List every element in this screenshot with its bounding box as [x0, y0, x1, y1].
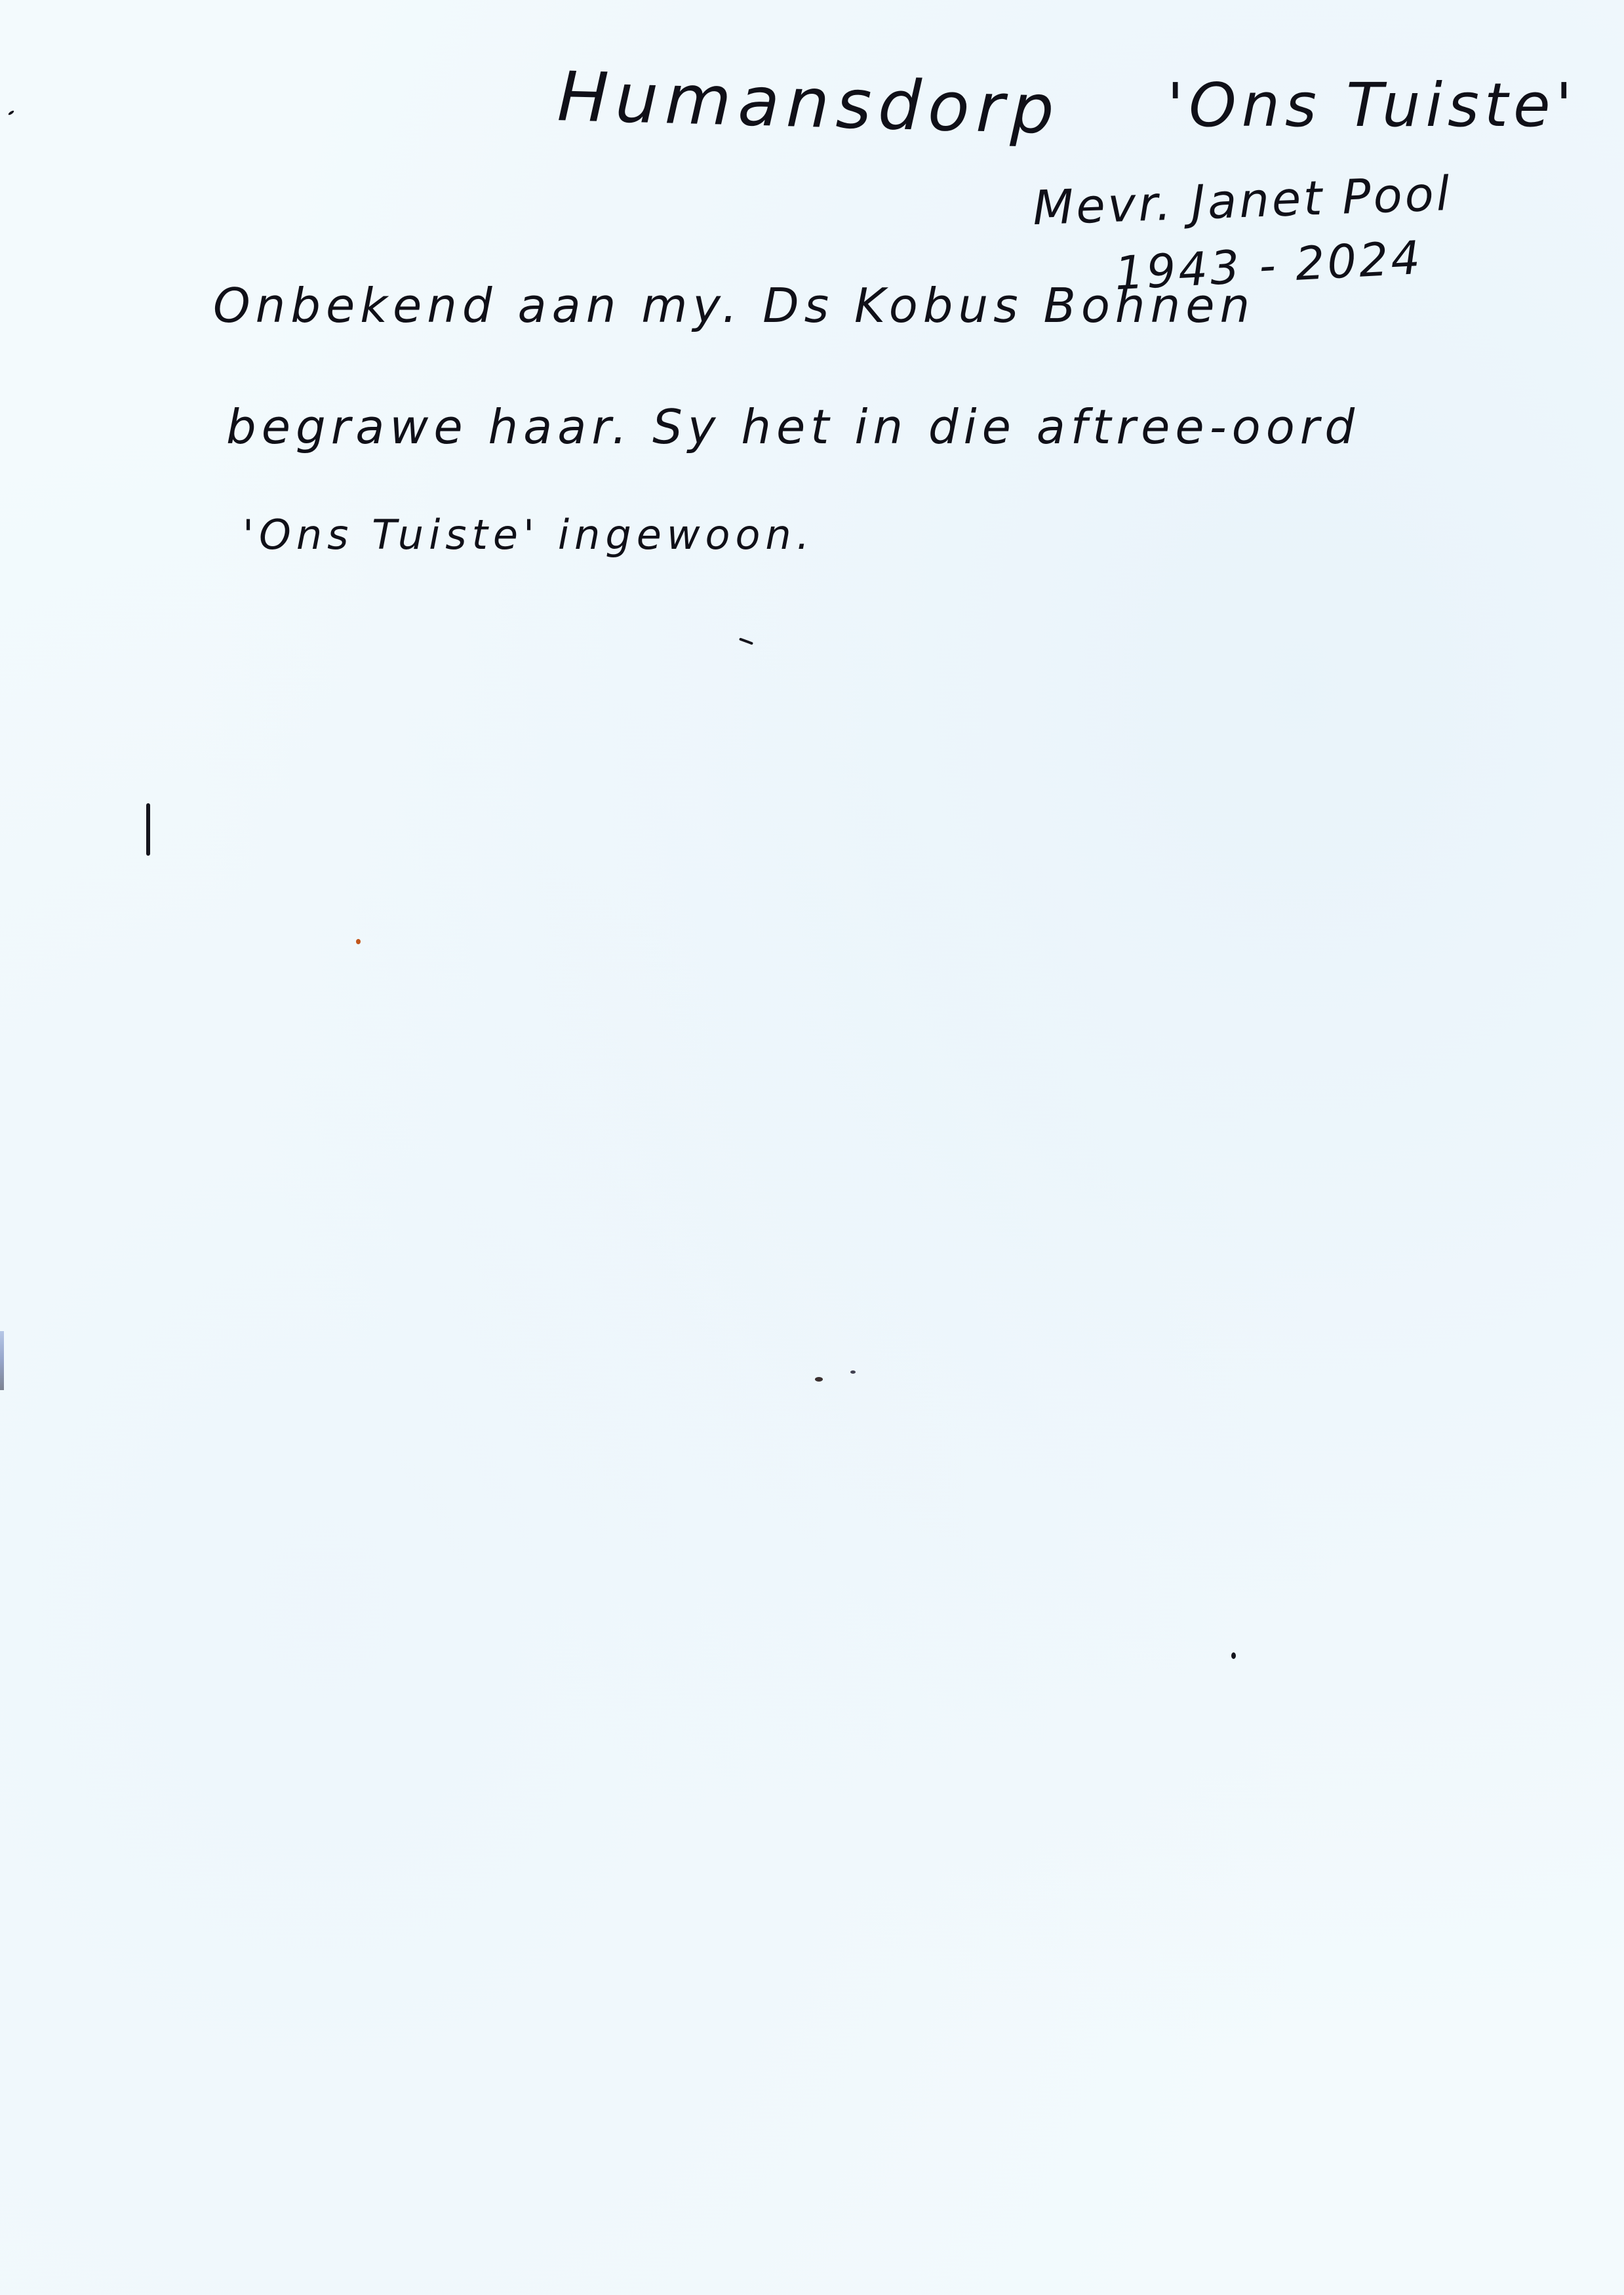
deceased-name: Mevr. Janet Pool: [1032, 170, 1453, 231]
scanned-page: Humansdorp 'Ons Tuiste' Mevr. Janet Pool…: [0, 0, 1624, 2295]
ink-speck: [356, 939, 361, 944]
ink-stroke: [146, 803, 150, 856]
body-line: Onbekend aan my. Ds Kobus Bohnen: [213, 282, 1255, 329]
ink-speck: [850, 1370, 856, 1374]
scan-edge-artifact: [0, 1331, 4, 1390]
ink-speck: [1231, 1652, 1236, 1659]
ink-speck: [815, 1377, 823, 1382]
home-name-heading: 'Ons Tuiste': [1167, 75, 1577, 136]
body-line: 'Ons Tuiste' ingewoon.: [243, 515, 814, 555]
ink-speck: [8, 110, 14, 115]
ink-speck: [739, 637, 753, 645]
place-heading: Humansdorp: [557, 62, 1061, 144]
body-line: begrawe haar. Sy het in die aftree-oord: [226, 403, 1360, 450]
